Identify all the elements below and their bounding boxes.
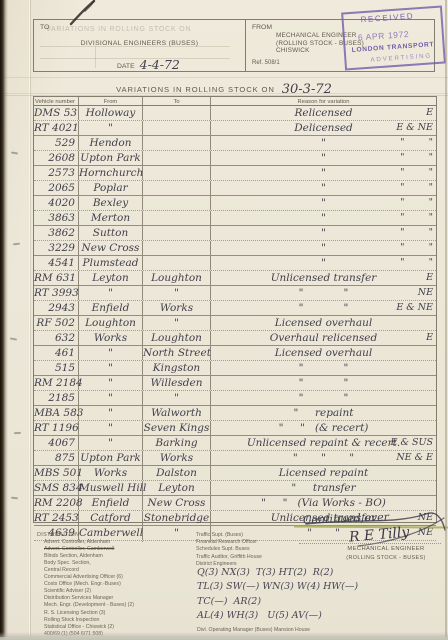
distribution-item: R. S. Licensing Section (3): [37, 610, 134, 617]
to-cell: [143, 106, 211, 120]
table-row: RM 2184"Willesden" ": [34, 376, 436, 391]
vehicle-cell: 529: [34, 136, 79, 150]
reason-text: Licensed overhaul: [211, 347, 436, 360]
reason-text: " ": [211, 377, 436, 390]
reason-text: " " (& recert): [211, 422, 436, 435]
reason-text: Licensed overhaul: [211, 317, 436, 330]
received-stamp: RECEIVED 6 APR 1972 LONDON TRANSPORT ADV…: [341, 6, 446, 71]
reason-cell: " " (& recert): [211, 421, 436, 435]
reason-cell: "" ": [211, 151, 436, 165]
table-row: RT 1196"Seven Kings" " (& recert): [34, 421, 436, 436]
reason-note: " ": [371, 227, 436, 239]
reason-text: " ": [211, 392, 436, 405]
vehicle-cell: 632: [34, 331, 79, 345]
table-row: 4067"BarkingUnlicensed repaint & recert.…: [34, 436, 436, 451]
from-cell: New Cross: [79, 241, 143, 255]
garage-code-line: AL(4) WH(3) U(5) AV(—): [197, 609, 358, 623]
from-cell: Plumstead: [79, 256, 143, 270]
margin-mark: [10, 337, 17, 340]
col-header-from: From: [79, 97, 143, 105]
page-edge-shadow: [445, 0, 447, 640]
distribution-item: Statistical Office - Chiswick (2): [37, 624, 134, 631]
vehicle-cell: RT 1196: [34, 421, 79, 435]
from-cell: ": [79, 406, 143, 420]
date-line: DATE4-4-72: [117, 56, 180, 71]
vehicle-cell: RM 2184: [34, 376, 79, 390]
table-row: RT 4021"DelicensedE & NE: [34, 121, 436, 136]
vehicle-cell: DMS 53: [34, 106, 79, 120]
from-cell: Hendon: [79, 136, 143, 150]
garage-code-line: TL(3) SW(—) WN(3) W(4) HW(—): [197, 580, 358, 594]
signatory-line: MECHANICAL ENGINEER: [328, 545, 444, 554]
vehicle-cell: RT 4021: [34, 121, 79, 135]
reason-cell: "" ": [211, 256, 436, 270]
to-cell: [143, 151, 211, 165]
distribution-item: Central Record: [37, 567, 134, 574]
garage-codes: Q(3) NX(3) T(3) HT(2) R(2)TL(3) SW(—) WN…: [197, 566, 358, 624]
from-label: FROM: [252, 24, 272, 31]
table-row: MBA 583"Walworth" repaint: [34, 406, 436, 421]
to-cell: [143, 136, 211, 150]
to-label: TO: [40, 24, 49, 31]
from-cell: ": [79, 421, 143, 435]
paper-crease: [0, 77, 448, 78]
distribution-item: Advert. Controller, Camberwell: [37, 546, 134, 553]
table-row: RM 631LeytonLoughtonUnlicensed transferE: [34, 271, 436, 286]
col-header-vehicle: Vehicle number: [34, 97, 79, 105]
reason-cell: "" ": [211, 241, 436, 255]
reason-cell: Licensed repaint: [211, 466, 436, 480]
from-cell: Enfield: [79, 496, 143, 510]
to-cell: Works: [143, 451, 211, 465]
reason-cell: " "E & NE: [211, 301, 436, 315]
reason-cell: DelicensedE & NE: [211, 121, 436, 135]
reason-note: E: [371, 107, 436, 119]
reason-cell: RelicensedE: [211, 106, 436, 120]
to-cell: North Street: [143, 346, 211, 360]
vehicle-cell: RT 3993: [34, 286, 79, 300]
distribution-item: Scientific Adviser (2): [37, 588, 134, 595]
vehicle-cell: SMS 834: [34, 481, 79, 495]
date-label: DATE: [117, 63, 135, 70]
table-row: 2573Hornchurch"" ": [34, 166, 436, 181]
reason-cell: " " "NE & E: [211, 451, 436, 465]
to-cell: Barking: [143, 436, 211, 450]
from-cell: Loughton: [79, 316, 143, 330]
from-cell: Works: [79, 331, 143, 345]
stamp-dept: ADVERTISING: [370, 52, 432, 63]
to-cell: Stonebridge: [143, 511, 211, 525]
document-page: VARIATIONS IN ROLLING STOCK ON TO DIVISI…: [0, 0, 448, 640]
to-cell: [143, 166, 211, 180]
to-cell: [143, 121, 211, 135]
distribution-item: Commercial Advertising Officer (6): [37, 574, 134, 581]
table-row: 3862Sutton"" ": [34, 226, 436, 241]
from-cell: Bexley: [79, 196, 143, 210]
stamp-date: 6 APR 1972: [358, 29, 410, 43]
reason-cell: " transfer: [211, 481, 436, 495]
reason-text: " transfer: [211, 482, 436, 495]
vehicle-cell: 4020: [34, 196, 79, 210]
distribution-item: Costs Office (Mech. Engr.-Buses): [37, 581, 134, 588]
reason-note: NE & E: [371, 452, 436, 464]
table-row: 529Hendon"" ": [34, 136, 436, 151]
distribution-heading: DISTRIBUTION: [37, 532, 134, 539]
vehicle-cell: 515: [34, 361, 79, 375]
from-cell: Catford: [79, 511, 143, 525]
from-cell: ": [79, 376, 143, 390]
reason-text: " ": [211, 362, 436, 375]
table-row: 461"North StreetLicensed overhaul: [34, 346, 436, 361]
distribution-item: Blinds Section, Aldenham: [37, 553, 134, 560]
table-row: 2065Poplar"" ": [34, 181, 436, 196]
to-cell: Willesden: [143, 376, 211, 390]
signature-line: [299, 543, 441, 544]
table-row: SMS 834Muswell HillLeyton" transfer: [34, 481, 436, 496]
reason-note: E: [371, 272, 436, 284]
to-cell: [143, 241, 211, 255]
reason-note: E & NE: [371, 122, 436, 134]
to-cell: Loughton: [143, 331, 211, 345]
from-cell: Sutton: [79, 226, 143, 240]
vehicle-cell: 2573: [34, 166, 79, 180]
page-edge-shadow: [0, 0, 8, 640]
recipient-item: Traffic Auditor, Griffith House: [196, 554, 262, 561]
garage-code-line: TC(—) AR(2): [197, 595, 358, 609]
vehicle-cell: 4541: [34, 256, 79, 270]
reason-cell: "" ": [211, 211, 436, 225]
signatory-title: MECHANICAL ENGINEER (ROLLING STOCK - BUS…: [328, 545, 444, 562]
reason-cell: "" ": [211, 226, 436, 240]
vehicle-cell: 461: [34, 346, 79, 360]
from-cell: ": [79, 346, 143, 360]
to-cell: [143, 196, 211, 210]
reason-note: E & NE: [371, 302, 436, 314]
to-value: DIVISIONAL ENGINEERS (BUSES): [34, 40, 245, 47]
from-cell: Holloway: [79, 106, 143, 120]
to-cell: ": [143, 316, 211, 330]
reason-cell: " "NE: [211, 286, 436, 300]
to-cell: [143, 181, 211, 195]
distribution-items: Advert. Controller, AldenhamAdvert. Cont…: [37, 539, 134, 638]
reason-note: " ": [371, 242, 436, 254]
scan-tint: [0, 93, 448, 94]
vehicle-cell: 3229: [34, 241, 79, 255]
table-row: DMS 53HollowayRelicensedE: [34, 106, 436, 121]
date-value: 4-4-72: [140, 57, 180, 72]
table-row: 4541Plumstead"" ": [34, 256, 436, 271]
vehicle-cell: 3863: [34, 211, 79, 225]
reason-cell: " ": [211, 376, 436, 390]
vehicle-cell: 2185: [34, 391, 79, 405]
garage-code-line: Q(3) NX(3) T(3) HT(2) R(2): [197, 566, 358, 580]
table-header: Vehicle number From To Reason for variat…: [34, 97, 436, 106]
recipients-list: Traffic Supt. (Buses)Financial Research …: [196, 532, 262, 568]
ref-number: Ref. 508/1: [252, 60, 280, 66]
signatory-line: (ROLLING STOCK - BUSES): [328, 554, 444, 563]
margin-mark: [13, 243, 20, 246]
from-cell: Poplar: [79, 181, 143, 195]
recipient-item: Traffic Supt. (Buses): [196, 532, 262, 539]
vehicle-cell: 2943: [34, 301, 79, 315]
from-cell: ": [79, 121, 143, 135]
paper-crease: [29, 0, 30, 640]
to-cell: [143, 226, 211, 240]
table-row: 4020Bexley"" ": [34, 196, 436, 211]
col-header-reason: Reason for variation: [211, 97, 436, 105]
reason-cell: Unlicensed transferE: [211, 271, 436, 285]
reason-cell: " ": [211, 391, 436, 405]
vehicle-cell: RM 631: [34, 271, 79, 285]
to-cell: Works: [143, 301, 211, 315]
reason-note: " ": [371, 137, 436, 149]
margin-mark: [11, 152, 18, 155]
vehicle-cell: 3862: [34, 226, 79, 240]
reason-text: Licensed repaint: [211, 467, 436, 480]
reason-cell: "" ": [211, 196, 436, 210]
from-cell: Enfield: [79, 301, 143, 315]
col-header-to: To: [143, 97, 211, 105]
distribution-item: Rolling Stock Inspection: [37, 617, 134, 624]
from-cell: Muswell Hill: [79, 481, 143, 495]
vehicle-cell: 2065: [34, 181, 79, 195]
reason-note: " ": [371, 152, 436, 164]
distribution-item: Distribution Services Manager: [37, 595, 134, 602]
margin-mark: [14, 432, 21, 434]
table-row: 2943EnfieldWorks" "E & NE: [34, 301, 436, 316]
from-cell: ": [79, 391, 143, 405]
from-cell: ": [79, 436, 143, 450]
reason-note: " ": [371, 167, 436, 179]
vehicle-cell: MBS 501: [34, 466, 79, 480]
pen-stroke: [56, 0, 100, 32]
from-cell: ": [79, 361, 143, 375]
reason-note: NE: [371, 287, 436, 299]
variations-table: Vehicle number From To Reason for variat…: [33, 96, 437, 523]
reason-note: E: [371, 332, 436, 344]
reason-note: " ": [371, 182, 436, 194]
table-row: 2185""" ": [34, 391, 436, 406]
to-cell: Dalston: [143, 466, 211, 480]
to-cell: Leyton: [143, 481, 211, 495]
to-cell: New Cross: [143, 496, 211, 510]
table-row: RF 502Loughton"Licensed overhaul: [34, 316, 436, 331]
vehicle-cell: RT 2453: [34, 511, 79, 525]
reason-note: " ": [371, 212, 436, 224]
to-cell: Seven Kings: [143, 421, 211, 435]
reason-cell: Licensed overhaul: [211, 316, 436, 330]
reason-cell: "" ": [211, 181, 436, 195]
reason-cell: Licensed overhaul: [211, 346, 436, 360]
stamp-received: RECEIVED: [360, 12, 414, 25]
from-cell: Hornchurch: [79, 166, 143, 180]
vehicle-cell: 4067: [34, 436, 79, 450]
recipient-item: Financial Research Officer: [196, 539, 262, 546]
to-cell: Kingston: [143, 361, 211, 375]
from-cell: Works: [79, 466, 143, 480]
table-row: 2608Upton Park"" ": [34, 151, 436, 166]
from-cell: Merton: [79, 211, 143, 225]
to-cell: Loughton: [143, 271, 211, 285]
vehicle-cell: RM 2208: [34, 496, 79, 510]
recipient-item: Schedules Supt. Buses: [196, 546, 262, 553]
table-row: MBS 501WorksDalstonLicensed repaint: [34, 466, 436, 481]
reason-note: E & SUS: [371, 437, 436, 449]
vehicle-cell: RF 502: [34, 316, 79, 330]
reason-cell: Unlicensed repaint & recert.E & SUS: [211, 436, 436, 450]
distribution-item: Advert. Controller, Aldenham: [37, 539, 134, 546]
reason-note: " ": [371, 257, 436, 269]
distribution-item: Body Spec. Section,: [37, 560, 134, 567]
reason-cell: "" ": [211, 136, 436, 150]
table-row: 3863Merton"" ": [34, 211, 436, 226]
distribution-item: Mech. Engr. (Development - Buses) (2): [37, 602, 134, 609]
to-cell: [143, 211, 211, 225]
to-cell: [143, 256, 211, 270]
from-cell: Upton Park: [79, 451, 143, 465]
from-cell: Leyton: [79, 271, 143, 285]
to-cell: ": [143, 286, 211, 300]
vehicle-cell: 2608: [34, 151, 79, 165]
reason-note: " ": [371, 197, 436, 209]
table-row: 875Upton ParkWorks" " "NE & E: [34, 451, 436, 466]
reason-text: " repaint: [211, 407, 436, 420]
table-row: 515"Kingston" ": [34, 361, 436, 376]
reason-cell: " repaint: [211, 406, 436, 420]
table-row: 632WorksLoughtonOverhaul relicensedE: [34, 331, 436, 346]
vehicle-cell: 875: [34, 451, 79, 465]
from-cell: Upton Park: [79, 151, 143, 165]
table-row: RT 3993""" "NE: [34, 286, 436, 301]
to-cell: ": [143, 391, 211, 405]
from-cell: ": [79, 286, 143, 300]
vehicle-cell: MBA 583: [34, 406, 79, 420]
reason-cell: "" ": [211, 166, 436, 180]
table-body: DMS 53HollowayRelicensedERT 4021"Delicen…: [34, 106, 436, 542]
margin-mark: [11, 497, 18, 500]
reason-cell: " ": [211, 361, 436, 375]
table-row: 3229New Cross"" ": [34, 241, 436, 256]
scan-tint: [0, 95, 448, 96]
to-cell: Walworth: [143, 406, 211, 420]
reason-cell: Overhaul relicensedE: [211, 331, 436, 345]
distribution-list: DISTRIBUTION Advert. Controller, Aldenha…: [37, 532, 134, 638]
